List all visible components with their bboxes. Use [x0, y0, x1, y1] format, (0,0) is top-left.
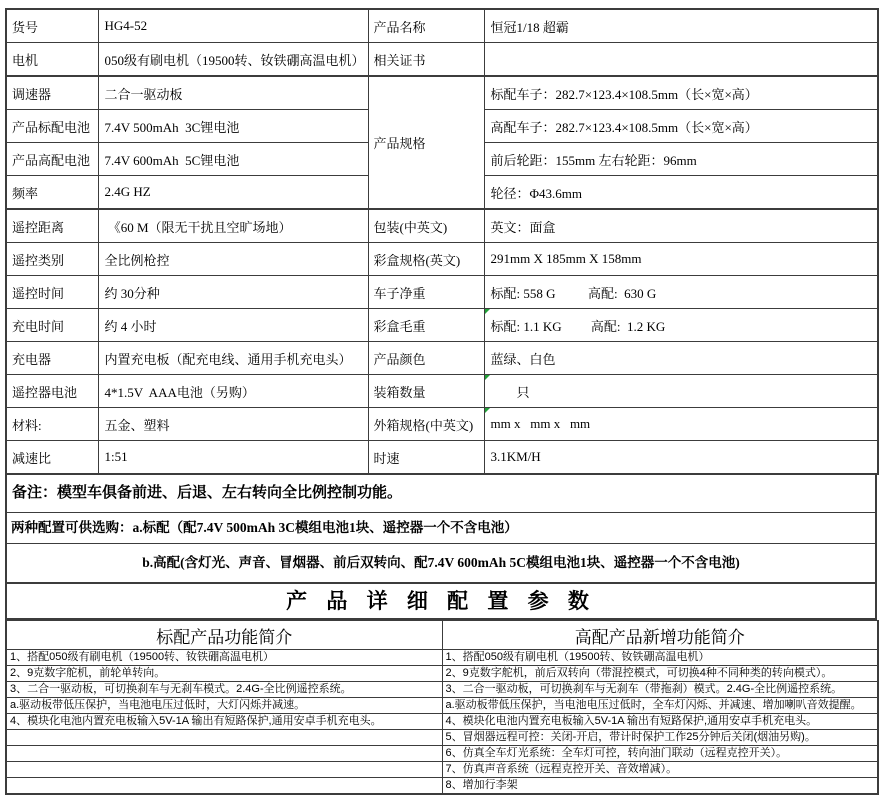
spec-value-carton-size: mm x mm x mm	[484, 408, 878, 441]
config-option-a-row: 两种配置可供选购：a.标配（配7.4V 500mAh 3C模组电池1块、遥控器一…	[5, 513, 877, 544]
table-row: 3、二合一驱动板，可切换刹车与无刹车模式。2.4G-全比例遥控系统。 3、二合一…	[6, 682, 878, 698]
spec-value-colorbox-size: 291mm X 185mm X 158mm	[484, 243, 878, 276]
table-row: 电机 050级有刷电机（19500转、钕铁硼高温电机） 相关证书	[6, 43, 878, 77]
premium-feature-item: 5、冒烟器远程可控：关闭-开启，带计时保护工作25分钟后关闭(烟油另购)。	[442, 730, 878, 746]
spec-value-product-color: 蓝绿、白色	[484, 342, 878, 375]
spec-label-motor: 电机	[6, 43, 98, 77]
green-corner-marker	[485, 309, 490, 314]
premium-feature-item: a.驱动板带低压保护，当电池电压过低时，全车灯闪烁、并减速、增加喇叭音效提醒。	[442, 698, 878, 714]
spec-value-control-time: 约 30分种	[98, 276, 368, 309]
table-row: 7、仿真声音系统（远程克控开关、音效增减）。	[6, 762, 878, 778]
detail-config-table: 标配产品功能简介 高配产品新增功能简介 1、搭配050级有刷电机（19500转、…	[5, 620, 879, 795]
spec-value-esc: 二合一驱动板	[98, 76, 368, 110]
standard-feature-item	[6, 746, 442, 762]
spec-value-control-type: 全比例枪控	[98, 243, 368, 276]
table-row: 材料: 五金、塑料 外箱规格(中英文) mm x mm x mm	[6, 408, 878, 441]
table-row: 减速比 1:51 时速 3.1KM/H	[6, 441, 878, 475]
spec-label-material: 材料:	[6, 408, 98, 441]
spec-value-packaging: 英文：面盒	[484, 209, 878, 243]
standard-features-header: 标配产品功能简介	[6, 621, 442, 650]
spec-value-motor: 050级有刷电机（19500转、钕铁硼高温电机）	[98, 43, 368, 77]
standard-feature-item: 2、9克数字舵机，前轮单转向。	[6, 666, 442, 682]
spec-label-speed: 时速	[368, 441, 484, 475]
table-row: 货号 HG4-52 产品名称 恒冠1/18 超霸	[6, 9, 878, 43]
table-row: 2、9克数字舵机，前轮单转向。 2、9克数字舵机，前后双转向（带混控模式，可切换…	[6, 666, 878, 682]
spec-table: 货号 HG4-52 产品名称 恒冠1/18 超霸 电机 050级有刷电机（195…	[5, 8, 879, 475]
standard-feature-item	[6, 730, 442, 746]
table-row: 遥控类别 全比例枪控 彩盒规格(英文) 291mm X 185mm X 158m…	[6, 243, 878, 276]
table-row: 充电时间 约 4 小时 彩盒毛重 标配: 1.1 KG 高配: 1.2 KG	[6, 309, 878, 342]
table-row: a.驱动板带低压保护，当电池电压过低时，大灯闪烁并减速。 a.驱动板带低压保护，…	[6, 698, 878, 714]
spec-value-net-weight: 标配: 558 G 高配: 630 G	[484, 276, 878, 309]
spec-value-premium-size: 高配车子：282.7×123.4×108.5mm（长×宽×高）	[484, 110, 878, 143]
spec-value-gear-ratio: 1:51	[98, 441, 368, 475]
premium-feature-item: 3、二合一驱动板，可切换刹车与无刹车（带拖刹）模式。2.4G-全比例遥控系统。	[442, 682, 878, 698]
spec-value-material: 五金、塑料	[98, 408, 368, 441]
spec-label-control-type: 遥控类别	[6, 243, 98, 276]
spec-value-item-no: HG4-52	[98, 9, 368, 43]
spec-label-item-no: 货号	[6, 9, 98, 43]
detail-section-title: 产 品 详 细 配 置 参 数	[5, 584, 877, 620]
premium-feature-item: 1、搭配050级有刷电机（19500转、钕铁硼高温电机）	[442, 650, 878, 666]
spec-sheet: 货号 HG4-52 产品名称 恒冠1/18 超霸 电机 050级有刷电机（195…	[5, 8, 877, 795]
table-row: 4、模块化电池内置充电板输入5V-1A 输出有短路保护,通用安卓手机充电头。 4…	[6, 714, 878, 730]
spec-label-tx-battery: 遥控器电池	[6, 375, 98, 408]
standard-feature-item: 4、模块化电池内置充电板输入5V-1A 输出有短路保护,通用安卓手机充电头。	[6, 714, 442, 730]
spec-label-product-size: 产品规格	[368, 76, 484, 209]
spec-value-product-name: 恒冠1/18 超霸	[484, 9, 878, 43]
spec-label-carton-qty: 装箱数量	[368, 375, 484, 408]
standard-feature-item	[6, 778, 442, 795]
spec-label-frequency: 频率	[6, 176, 98, 210]
table-row: 调速器 二合一驱动板 产品规格 标配车子：282.7×123.4×108.5mm…	[6, 76, 878, 110]
spec-label-charge-time: 充电时间	[6, 309, 98, 342]
spec-label-carton-size: 外箱规格(中英文)	[368, 408, 484, 441]
spec-value-certificate	[484, 43, 878, 77]
spec-label-control-time: 遥控时间	[6, 276, 98, 309]
standard-feature-item	[6, 762, 442, 778]
table-row: 遥控时间 约 30分种 车子净重 标配: 558 G 高配: 630 G	[6, 276, 878, 309]
standard-feature-item: 3、二合一驱动板，可切换刹车与无刹车模式。2.4G-全比例遥控系统。	[6, 682, 442, 698]
config-option-b-row: b.高配(含灯光、声音、冒烟器、前后双转向、配7.4V 600mAh 5C模组电…	[5, 544, 877, 584]
spec-label-product-name: 产品名称	[368, 9, 484, 43]
spec-label-esc: 调速器	[6, 76, 98, 110]
premium-features-header: 高配产品新增功能简介	[442, 621, 878, 650]
table-row: 遥控距离 《60 M（限无干扰且空旷场地） 包装(中英文) 英文：面盒	[6, 209, 878, 243]
premium-feature-item: 4、模块化电池内置充电板输入5V-1A 输出有短路保护,通用安卓手机充电头。	[442, 714, 878, 730]
spec-value-premium-battery: 7.4V 600mAh 5C锂电池	[98, 143, 368, 176]
table-row: 5、冒烟器远程可控：关闭-开启，带计时保护工作25分钟后关闭(烟油另购)。	[6, 730, 878, 746]
spec-value-charge-time: 约 4 小时	[98, 309, 368, 342]
spec-value-charger: 内置充电板（配充电线、通用手机充电头）	[98, 342, 368, 375]
remark-row: 备注：模型车俱备前进、后退、左右转向全比例控制功能。	[5, 475, 877, 513]
spec-label-gross-weight: 彩盒毛重	[368, 309, 484, 342]
spec-label-premium-battery: 产品高配电池	[6, 143, 98, 176]
table-row: 6、仿真全车灯光系统：全车灯可控，转向油门联动（远程克控开关）。	[6, 746, 878, 762]
table-row: 8、增加行李架	[6, 778, 878, 795]
spec-label-product-color: 产品颜色	[368, 342, 484, 375]
standard-feature-item: a.驱动板带低压保护，当电池电压过低时，大灯闪烁并减速。	[6, 698, 442, 714]
table-row: 标配产品功能简介 高配产品新增功能简介	[6, 621, 878, 650]
premium-feature-item: 2、9克数字舵机，前后双转向（带混控模式，可切换4种不同种类的转向模式）。	[442, 666, 878, 682]
spec-value-wheelbase: 前后轮距：155mm 左右轮距：96mm	[484, 143, 878, 176]
spec-value-gross-weight: 标配: 1.1 KG 高配: 1.2 KG	[484, 309, 878, 342]
premium-feature-item: 6、仿真全车灯光系统：全车灯可控，转向油门联动（远程克控开关）。	[442, 746, 878, 762]
spec-label-net-weight: 车子净重	[368, 276, 484, 309]
table-row: 充电器 内置充电板（配充电线、通用手机充电头） 产品颜色 蓝绿、白色	[6, 342, 878, 375]
spec-label-gear-ratio: 减速比	[6, 441, 98, 475]
spec-value-standard-size: 标配车子：282.7×123.4×108.5mm（长×宽×高）	[484, 76, 878, 110]
spec-value-carton-qty: 只	[484, 375, 878, 408]
premium-feature-item: 8、增加行李架	[442, 778, 878, 795]
table-row: 遥控器电池 4*1.5V AAA电池（另购） 装箱数量 只	[6, 375, 878, 408]
spec-label-control-distance: 遥控距离	[6, 209, 98, 243]
spec-label-packaging: 包装(中英文)	[368, 209, 484, 243]
premium-feature-item: 7、仿真声音系统（远程克控开关、音效增减）。	[442, 762, 878, 778]
spec-value-speed: 3.1KM/H	[484, 441, 878, 475]
green-corner-marker	[485, 408, 490, 413]
spec-label-charger: 充电器	[6, 342, 98, 375]
product-spec-sheet: { "sheet": { "merged_spec_label": "产品规格"…	[0, 0, 882, 799]
spec-value-frequency: 2.4G HZ	[98, 176, 368, 210]
spec-label-certificate: 相关证书	[368, 43, 484, 77]
spec-value-tx-battery: 4*1.5V AAA电池（另购）	[98, 375, 368, 408]
spec-label-colorbox-size: 彩盒规格(英文)	[368, 243, 484, 276]
spec-label-standard-battery: 产品标配电池	[6, 110, 98, 143]
table-row: 1、搭配050级有刷电机（19500转、钕铁硼高温电机） 1、搭配050级有刷电…	[6, 650, 878, 666]
spec-value-control-distance: 《60 M（限无干扰且空旷场地）	[98, 209, 368, 243]
green-corner-marker	[485, 375, 490, 380]
spec-value-standard-battery: 7.4V 500mAh 3C锂电池	[98, 110, 368, 143]
standard-feature-item: 1、搭配050级有刷电机（19500转、钕铁硼高温电机）	[6, 650, 442, 666]
spec-value-wheel-diameter: 轮径：Φ43.6mm	[484, 176, 878, 210]
